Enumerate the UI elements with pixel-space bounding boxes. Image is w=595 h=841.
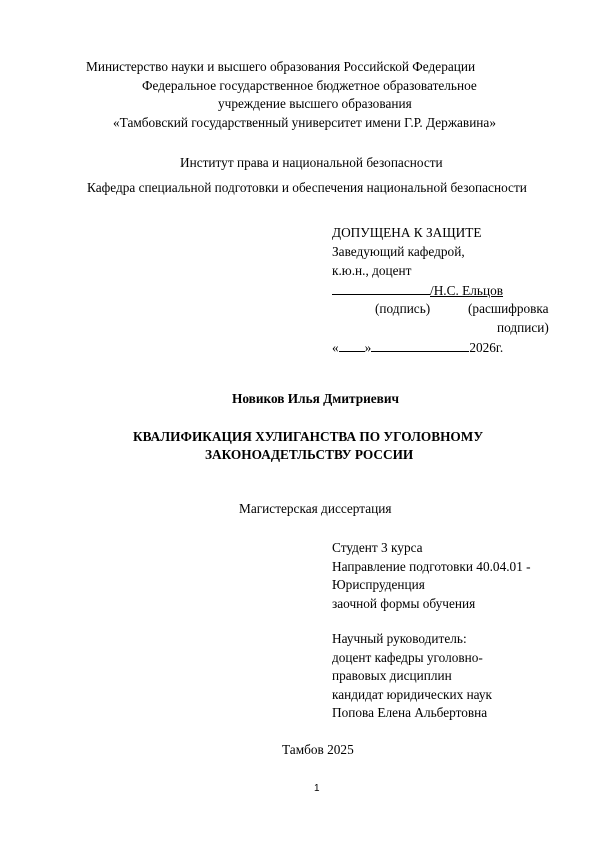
student-course: Студент 3 курса bbox=[332, 540, 423, 556]
approval-year: 2026г. bbox=[469, 340, 503, 355]
author-name: Новиков Илья Дмитриевич bbox=[232, 391, 399, 407]
date-close-quote: » bbox=[365, 340, 372, 355]
decode-caption-line-2: подписи) bbox=[497, 320, 549, 336]
date-open-quote: « bbox=[332, 340, 339, 355]
month-blank bbox=[371, 339, 469, 352]
student-study-form: заочной формы обучения bbox=[332, 596, 475, 612]
signature-blank bbox=[332, 282, 430, 295]
thesis-title-line-1: КВАЛИФИКАЦИЯ ХУЛИГАНСТВА ПО УГОЛОВНОМУ bbox=[133, 429, 483, 445]
approval-degree: к.ю.н., доцент bbox=[332, 263, 412, 279]
university-name: «Тамбовский государственный университет … bbox=[113, 115, 496, 131]
city-year: Тамбов 2025 bbox=[282, 742, 354, 758]
decode-caption-line-1: (расшифровка bbox=[468, 301, 549, 317]
ministry-line: Министерство науки и высшего образования… bbox=[86, 59, 475, 75]
signature-caption: (подпись) bbox=[375, 301, 430, 317]
page-number: 1 bbox=[314, 781, 320, 797]
approval-position: Заведующий кафедрой, bbox=[332, 244, 465, 260]
thesis-type: Магистерская диссертация bbox=[239, 501, 392, 517]
supervisor-degree: кандидат юридических наук bbox=[332, 687, 492, 703]
student-direction-line-1: Направление подготовки 40.04.01 - bbox=[332, 559, 531, 575]
institute-name: Институт права и национальной безопаснос… bbox=[180, 155, 443, 171]
supervisor-position-line-2: правовых дисциплин bbox=[332, 668, 452, 684]
student-direction-line-2: Юриспруденция bbox=[332, 577, 425, 593]
supervisor-position-line-1: доцент кафедры уголовно- bbox=[332, 650, 483, 666]
signature-line: /Н.С. Ельцов bbox=[332, 282, 503, 299]
thesis-title-line-2: ЗАКОНОАДЕТЛЬСТВУ РОССИИ bbox=[205, 447, 413, 463]
approval-date-line: «»2026г. bbox=[332, 339, 503, 356]
institution-line-2: учреждение высшего образования bbox=[218, 96, 412, 112]
supervisor-label: Научный руководитель: bbox=[332, 631, 467, 647]
approval-title: ДОПУЩЕНА К ЗАЩИТЕ bbox=[332, 225, 481, 241]
day-blank bbox=[339, 339, 365, 352]
signatory-name: /Н.С. Ельцов bbox=[430, 283, 503, 298]
institution-line-1: Федеральное государственное бюджетное об… bbox=[142, 78, 477, 94]
department-name: Кафедра специальной подготовки и обеспеч… bbox=[87, 180, 527, 196]
supervisor-name: Попова Елена Альбертовна bbox=[332, 705, 487, 721]
